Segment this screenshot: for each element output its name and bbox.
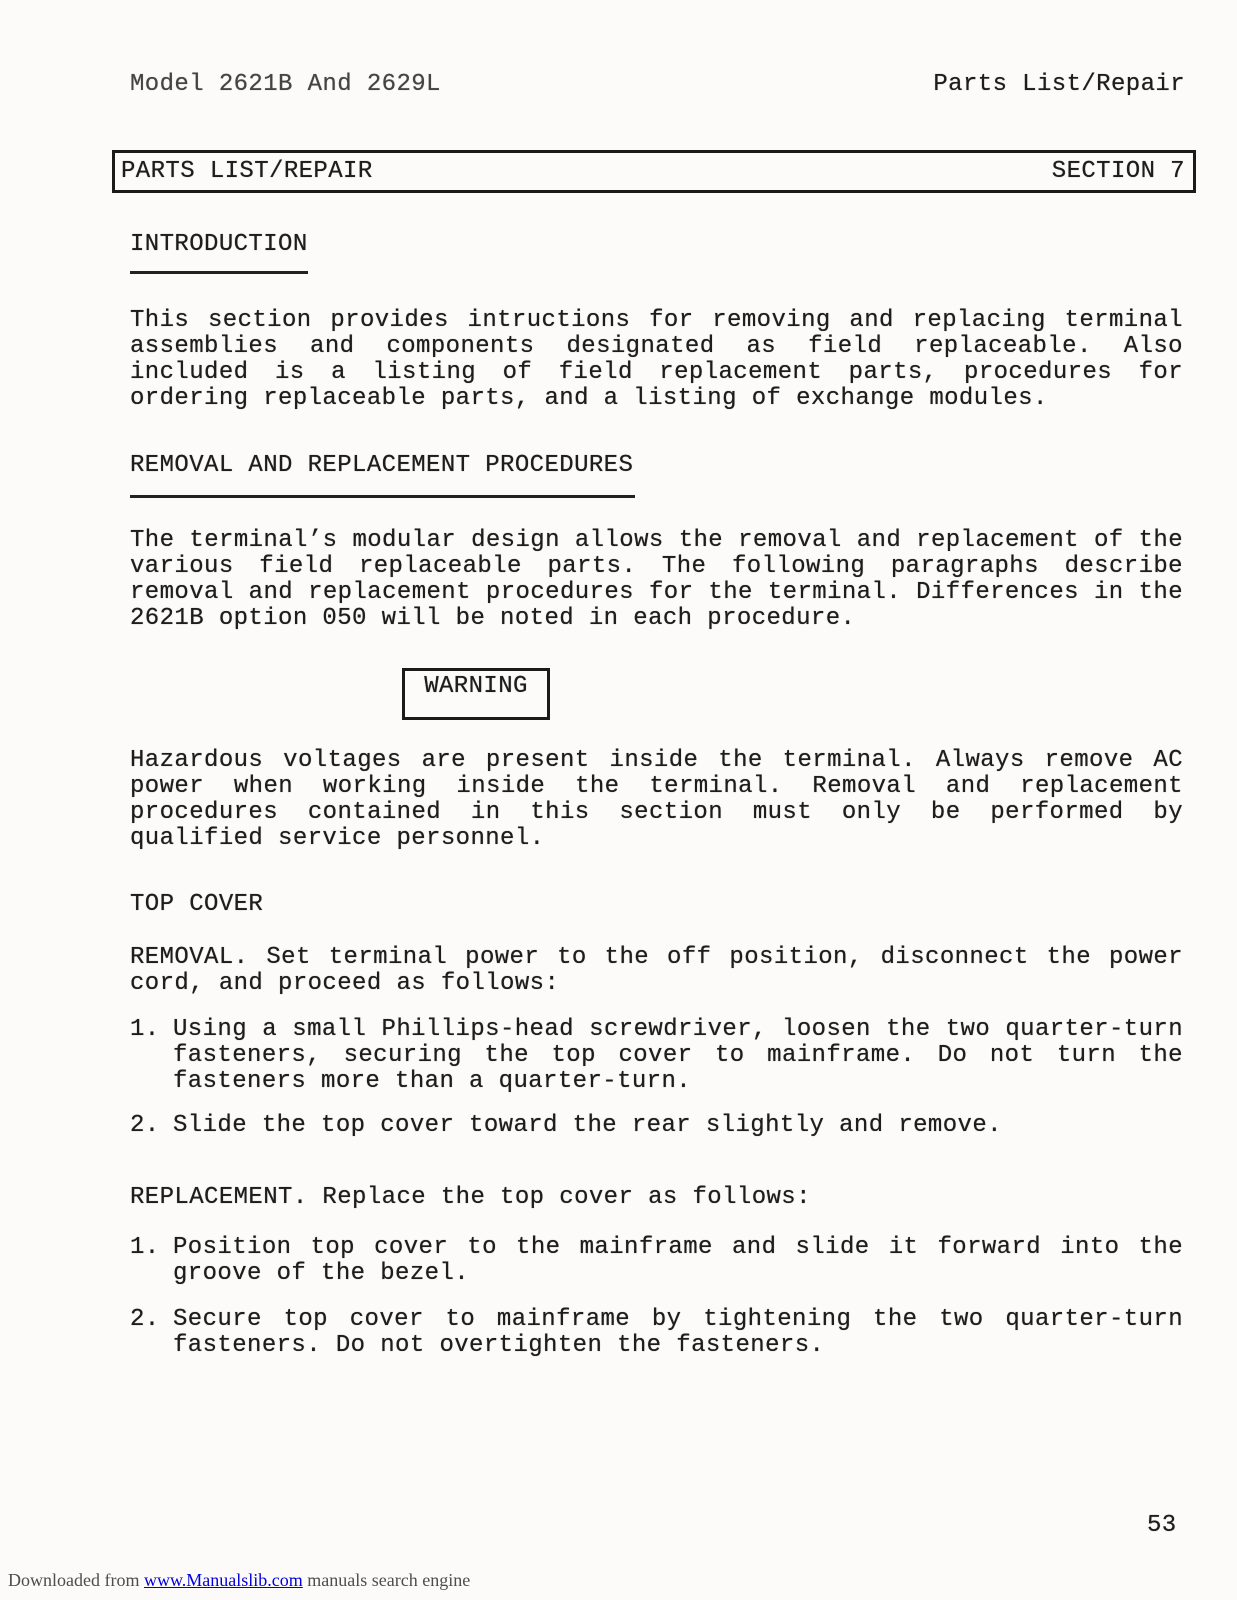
paragraph-line: included is a listing of field replaceme…	[130, 360, 1183, 386]
intro-paragraph: This section provides intructions for re…	[130, 308, 1183, 412]
replacement-paragraph: REPLACEMENT. Replace the top cover as fo…	[130, 1185, 1183, 1211]
step-number: 1.	[130, 1017, 173, 1095]
step-number: 2.	[130, 1307, 173, 1359]
running-header: Model 2621B And 2629L Parts List/Repair	[130, 72, 1185, 98]
paragraph-line: assemblies and components designated as …	[130, 334, 1183, 360]
paragraph-line: The terminal’s modular design allows the…	[130, 528, 1183, 554]
removal-paragraph: REMOVAL. Set terminal power to the off p…	[130, 945, 1183, 997]
paragraph-line: groove of the bezel.	[173, 1261, 1183, 1287]
paragraph-line: power when working inside the terminal. …	[130, 774, 1183, 800]
paragraph-line: REMOVAL. Set terminal power to the off p…	[130, 945, 1183, 971]
procedures-heading: REMOVAL AND REPLACEMENT PROCEDURES	[130, 453, 633, 479]
paragraph-line: This section provides intructions for re…	[130, 308, 1183, 334]
intro-heading-underline	[130, 271, 308, 274]
paragraph-line: various field replaceable parts. The fol…	[130, 554, 1183, 580]
paragraph-line: fasteners. Do not overtighten the fasten…	[173, 1333, 1183, 1359]
top-cover-heading: TOP COVER	[130, 892, 263, 918]
step-number: 1.	[130, 1235, 173, 1287]
paragraph-line: removal and replacement procedures for t…	[130, 580, 1183, 606]
procedures-heading-underline	[130, 495, 635, 498]
running-header-title: Parts List/Repair	[933, 72, 1185, 98]
page-number: 53	[1147, 1513, 1177, 1539]
warning-label: WARNING	[424, 674, 528, 700]
replacement-step-2: 2. Secure top cover to mainframe by tigh…	[130, 1307, 1183, 1359]
procedures-paragraph: The terminal’s modular design allows the…	[130, 528, 1183, 632]
warning-box: WARNING	[402, 668, 550, 720]
paragraph-line: qualified service personnel.	[130, 826, 1183, 852]
paragraph-line: ordering replaceable parts, and a listin…	[130, 386, 1183, 412]
document-page: Model 2621B And 2629L Parts List/Repair …	[0, 0, 1237, 1600]
removal-step-2: 2. Slide the top cover toward the rear s…	[130, 1113, 1183, 1139]
paragraph-line: 2621B option 050 will be noted in each p…	[130, 606, 1183, 632]
paragraph-line: procedures contained in this section mus…	[130, 800, 1183, 826]
replacement-step-1: 1. Position top cover to the mainframe a…	[130, 1235, 1183, 1287]
paragraph-line: cord, and proceed as follows:	[130, 971, 1183, 997]
step-body: Using a small Phillips-head screwdriver,…	[173, 1017, 1183, 1095]
step-body: Secure top cover to mainframe by tighten…	[173, 1307, 1183, 1359]
removal-step-1: 1. Using a small Phillips-head screwdriv…	[130, 1017, 1183, 1095]
paragraph-line: fasteners more than a quarter-turn.	[173, 1069, 1183, 1095]
paragraph-line: Using a small Phillips-head screwdriver,…	[173, 1017, 1183, 1043]
paragraph-line: REPLACEMENT. Replace the top cover as fo…	[130, 1185, 1183, 1211]
watermark-footer: Downloaded from www.Manualslib.com manua…	[8, 1569, 470, 1591]
paragraph-line: Position top cover to the mainframe and …	[173, 1235, 1183, 1261]
footer-suffix: manuals search engine	[303, 1570, 470, 1590]
section-box-title: PARTS LIST/REPAIR	[121, 159, 373, 185]
section-title-box: PARTS LIST/REPAIR SECTION 7	[112, 150, 1196, 193]
step-body: Position top cover to the mainframe and …	[173, 1235, 1183, 1287]
section-box-number: SECTION 7	[1052, 159, 1185, 185]
step-body: Slide the top cover toward the rear slig…	[173, 1113, 1183, 1139]
paragraph-line: Secure top cover to mainframe by tighten…	[173, 1307, 1183, 1333]
footer-prefix: Downloaded from	[8, 1570, 144, 1590]
paragraph-line: Hazardous voltages are present inside th…	[130, 748, 1183, 774]
paragraph-line: fasteners, securing the top cover to mai…	[173, 1043, 1183, 1069]
warning-paragraph: Hazardous voltages are present inside th…	[130, 748, 1183, 852]
paragraph-line: Slide the top cover toward the rear slig…	[173, 1113, 1183, 1139]
running-header-model: Model 2621B And 2629L	[130, 72, 441, 98]
intro-heading: INTRODUCTION	[130, 232, 308, 258]
manualslib-link[interactable]: www.Manualslib.com	[144, 1570, 303, 1590]
step-number: 2.	[130, 1113, 173, 1139]
